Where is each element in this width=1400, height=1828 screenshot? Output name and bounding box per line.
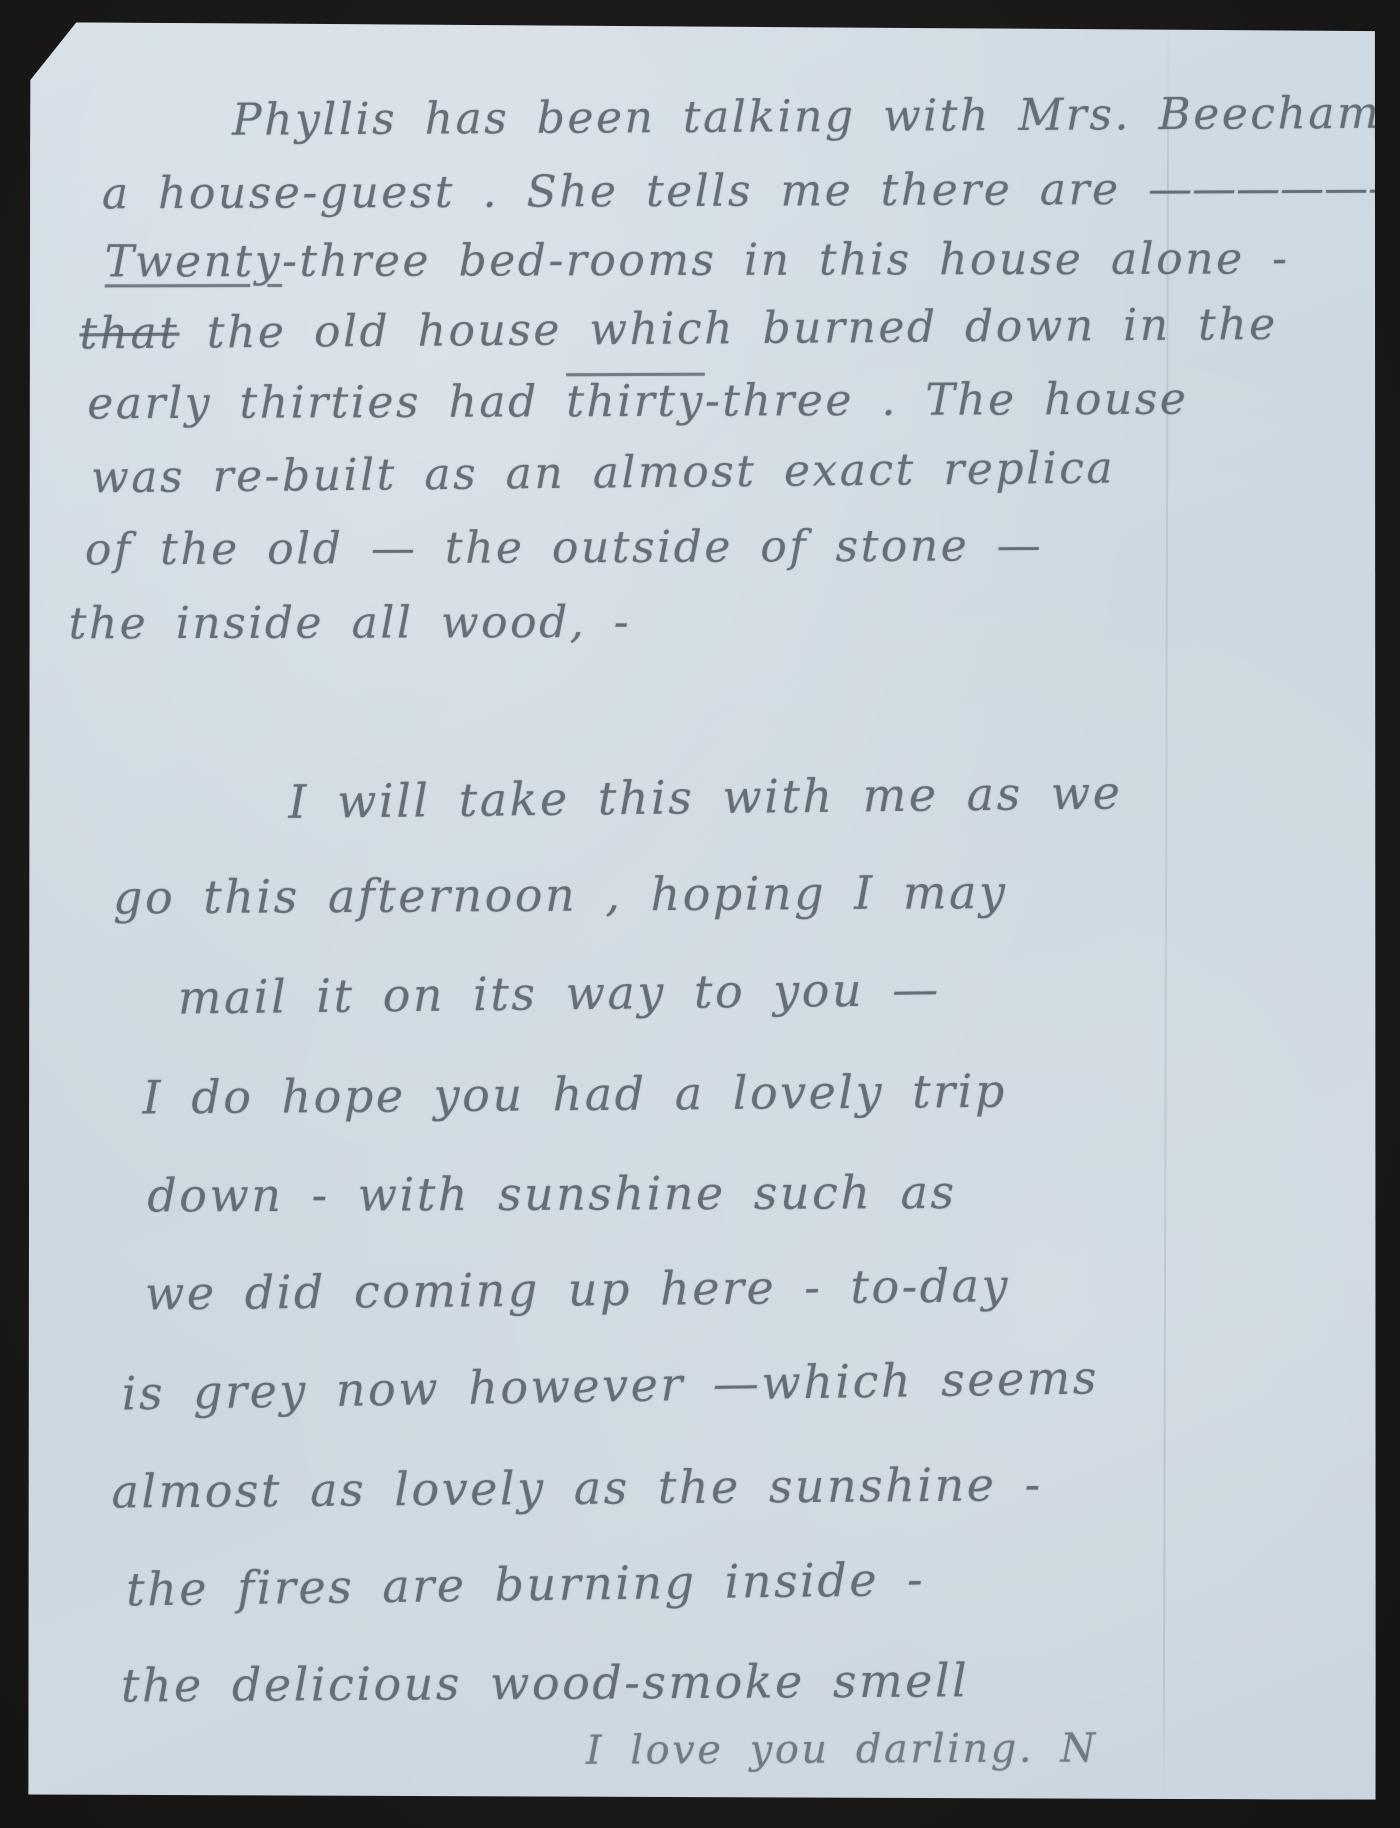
letter-line-text: go this afternoon , hoping I may xyxy=(113,865,1008,924)
letter-line-text: early thirties had xyxy=(87,376,566,429)
letter-line-text: we did coming up here - to-day xyxy=(145,1258,1011,1320)
letter-line-text: a house-guest . She tells me there are xyxy=(102,164,1148,220)
letter-line: early thirties had thirty-three . The ho… xyxy=(87,374,1188,430)
letter-page: Phyllis has been talking with Mrs. Beech… xyxy=(26,22,1381,1800)
letter-line: is grey now however —which seems xyxy=(121,1350,1099,1420)
letter-line: of the old — the outside of stone — xyxy=(85,520,1044,575)
letter-line-text: mail it on its way to you — xyxy=(177,962,940,1025)
letter-line-text: -three bed-rooms in this house alone - xyxy=(282,233,1290,287)
letter-line-text: the old house which burned down in the xyxy=(179,299,1278,359)
struck-word: that xyxy=(79,308,179,360)
letter-line-text: the delicious wood-smoke smell xyxy=(121,1653,970,1712)
letter-line-text: was re-built as an almost exact replica xyxy=(91,443,1115,504)
letter-line: a house-guest . She tells me there are —… xyxy=(102,163,1400,220)
paper-fold-crease xyxy=(1163,25,1170,1799)
letter-line: the delicious wood-smoke smell xyxy=(121,1653,970,1712)
letter-line: down - with sunshine such as xyxy=(147,1165,957,1223)
letter-line-text: Phyllis has been talking with Mrs. Beech… xyxy=(232,87,1400,145)
letter-line: the inside all wood, - xyxy=(69,597,631,649)
letter-line: mail it on its way to you — xyxy=(177,962,940,1025)
letter-line-text: I love you darling. N xyxy=(586,1725,1098,1773)
letter-line: I will take this with me as we xyxy=(288,765,1123,828)
letter-line-text: I do hope you had a lovely trip xyxy=(142,1064,1007,1125)
pen-stroke-rule: ——————— xyxy=(1148,163,1400,215)
letter-line: the fires are burning inside - xyxy=(126,1552,926,1616)
letter-line-text: almost as lovely as the sunshine - xyxy=(111,1457,1043,1518)
letter-line-text: of the old — the outside of stone — xyxy=(85,520,1044,575)
letter-line-text: is grey now however —which seems xyxy=(121,1350,1099,1420)
letter-line-text: the inside all wood, - xyxy=(69,597,631,649)
letter-closing-line: I love you darling. N xyxy=(586,1725,1098,1773)
letter-line: was re-built as an almost exact replica xyxy=(91,443,1115,504)
letter-line: I do hope you had a lovely trip xyxy=(142,1064,1007,1125)
overlined-word: thirty xyxy=(566,376,705,428)
letter-line-text: I will take this with me as we xyxy=(288,765,1123,828)
letter-line: go this afternoon , hoping I may xyxy=(113,865,1008,924)
letter-line: Twenty-three bed-rooms in this house alo… xyxy=(105,233,1290,287)
scan-background: Phyllis has been talking with Mrs. Beech… xyxy=(0,0,1400,1828)
letter-line-text: -three . The house xyxy=(705,374,1189,427)
underlined-word: Twenty xyxy=(105,236,282,287)
letter-line: almost as lovely as the sunshine - xyxy=(111,1457,1043,1518)
letter-line-text: the fires are burning inside - xyxy=(126,1552,926,1616)
letter-line-text: down - with sunshine such as xyxy=(147,1165,957,1223)
letter-line: Phyllis has been talking with Mrs. Beech… xyxy=(232,87,1400,145)
letter-line: that the old house which burned down in … xyxy=(79,299,1278,359)
letter-line: we did coming up here - to-day xyxy=(145,1258,1011,1320)
